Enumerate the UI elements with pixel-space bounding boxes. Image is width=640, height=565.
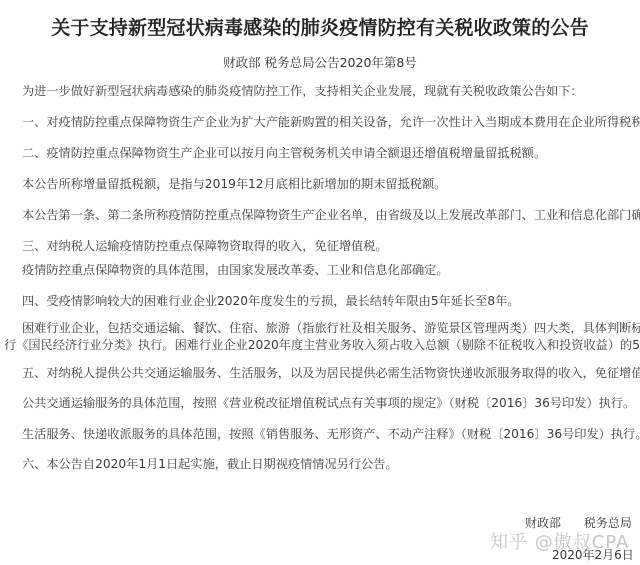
signature-date: 2020年2月6日 <box>552 546 634 563</box>
paragraph-article-3: 三、对纳税人运输疫情防控重点保障物资取得的收入，免征增值税。 <box>22 238 388 255</box>
paragraph-note-increment: 本公告所称增量留抵税额，是指与2019年12月底相比新增加的期末留抵税额。 <box>22 176 446 193</box>
paragraph-difficult-industries-line2: 行《国民经济行业分类》执行。困难行业企业2020年度主营业务收入须占收入总额（剔… <box>4 337 640 354</box>
paragraph-public-transport-scope: 公共交通运输服务的具体范围，按照《营业税改征增值税试点有关事项的规定》（财税〔2… <box>22 395 635 412</box>
paragraph-article-2: 二、疫情防控重点保障物资生产企业可以按月向主管税务机关申请全额退还增值税增量留抵… <box>22 145 546 162</box>
paragraph-intro: 为进一步做好新型冠状病毒感染的肺炎疫情防控工作，支持相关企业发展，现就有关税收政… <box>22 83 583 100</box>
paragraph-article-6: 六、本公告自2020年1月1日起实施，截止日期视疫情情况另行公告。 <box>22 456 398 473</box>
paragraph-article-1: 一、对疫情防控重点保障物资生产企业为扩大产能新购置的相关设备，允许一次性计入当期… <box>22 114 640 131</box>
paragraph-note-list: 本公告第一条、第二条所称疫情防控重点保障物资生产企业名单，由省级及以上发展改革部… <box>22 207 640 224</box>
paragraph-article-4: 四、受疫情影响较大的困难行业企业2020年度发生的亏损，最长结转年限由5年延长至… <box>22 293 519 310</box>
document-title: 关于支持新型冠状病毒感染的肺炎疫情防控有关税收政策的公告 <box>0 13 640 40</box>
paragraph-difficult-industries-line1: 困难行业企业，包括交通运输、餐饮、住宿、旅游（指旅行社及相关服务、游览景区管理两… <box>22 320 640 337</box>
paragraph-note-scope: 疫情防控重点保障物资的具体范围，由国家发展改革委、工业和信息化部确定。 <box>22 262 449 279</box>
paragraph-life-service-scope: 生活服务、快递收派服务的具体范围，按照《销售服务、无形资产、不动产注释》（财税〔… <box>22 426 640 443</box>
paragraph-article-5: 五、对纳税人提供公共交通运输服务、生活服务，以及为居民提供必需生活物资快递收派服… <box>22 365 640 382</box>
document-number: 财政部 税务总局公告2020年第8号 <box>0 53 640 71</box>
